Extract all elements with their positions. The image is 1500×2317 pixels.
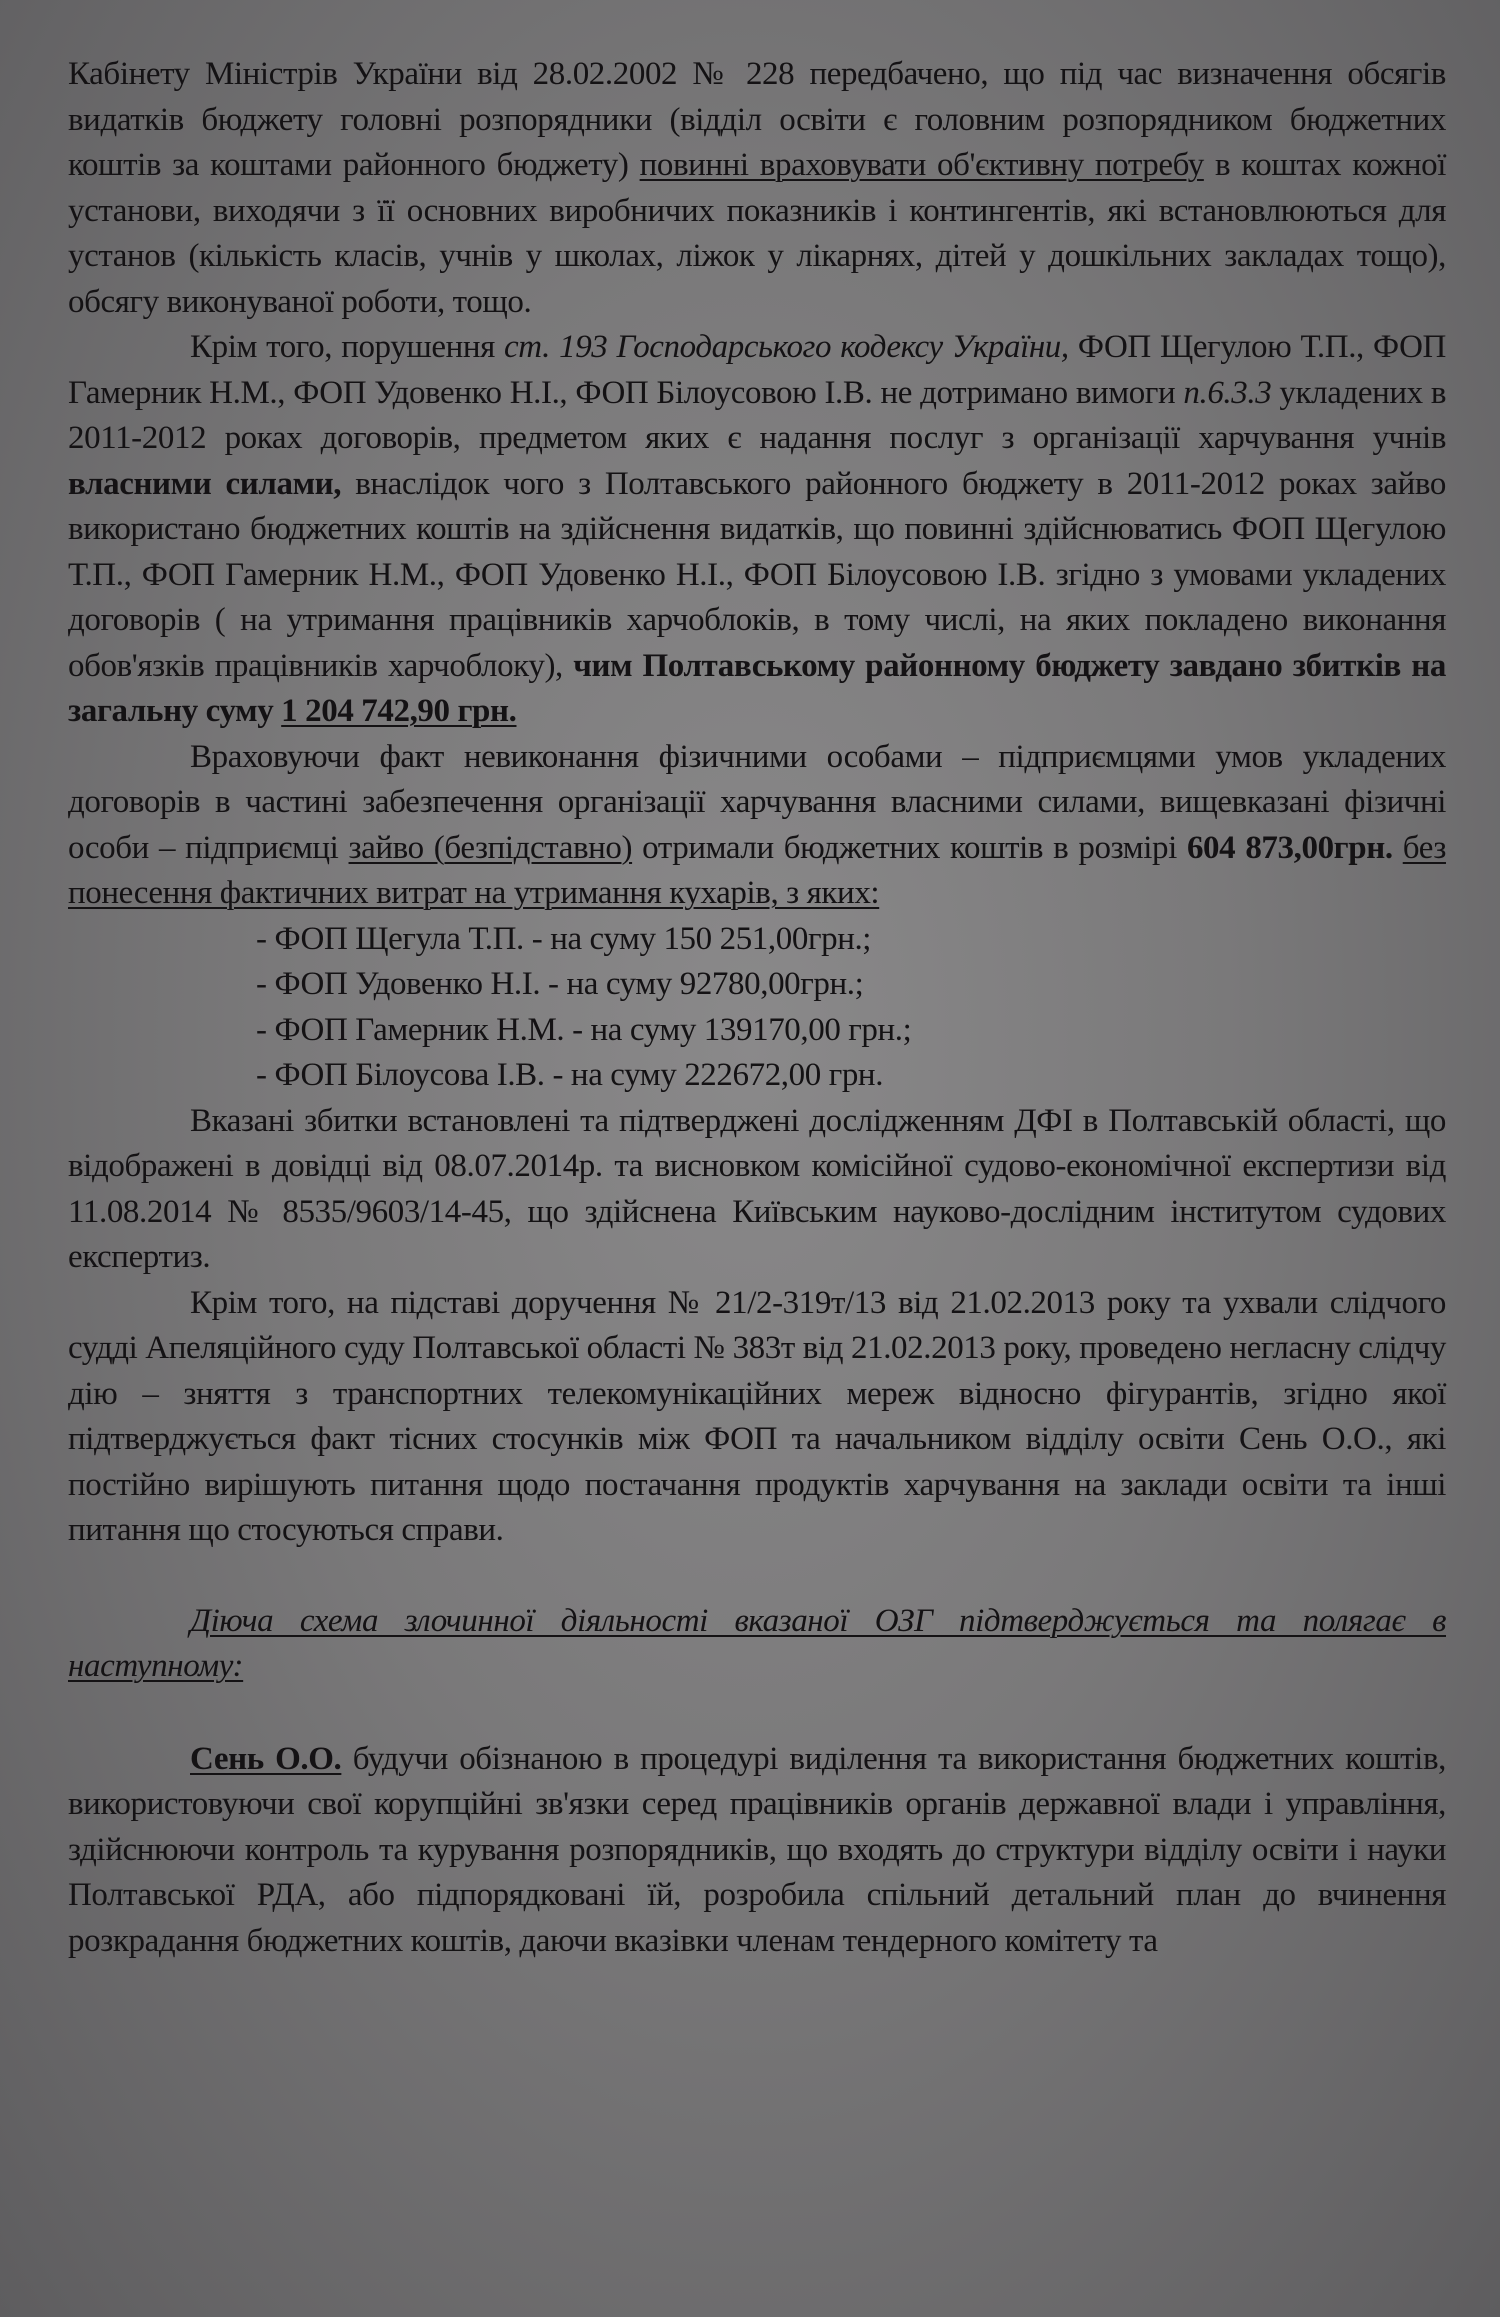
document-page: Кабінету Міністрів України від 28.02.200…: [0, 0, 1500, 2317]
text-run: [1393, 830, 1403, 866]
list-item: - ФОП Удовенко Н.І. - на суму 92780,00гр…: [68, 962, 1446, 1008]
spacer: [68, 1554, 1446, 1599]
overpayment-amount: 604 873,00грн.: [1187, 830, 1393, 866]
italic-clause: п.6.3.3: [1183, 375, 1271, 411]
paragraph-budget-regulation: Кабінету Міністрів України від 28.02.200…: [68, 52, 1446, 325]
amounts-list: - ФОП Щегула Т.П. - на суму 150 251,00гр…: [68, 917, 1446, 1099]
list-item: - ФОП Гамерник Н.М. - на суму 139170,00 …: [68, 1008, 1446, 1054]
italic-citation: ст. 193 Господарського кодексу України,: [504, 329, 1069, 365]
bold-phrase: власними силами,: [68, 466, 341, 502]
paragraph-expertise: Вказані збитки встановлені та підтвердже…: [68, 1099, 1446, 1281]
total-damage-amount: 1 204 742,90 грн.: [281, 693, 516, 729]
spacer: [68, 1690, 1446, 1737]
person-name: Сень О.О.: [190, 1741, 341, 1777]
document-body: Кабінету Міністрів України від 28.02.200…: [68, 52, 1446, 1964]
paragraph-violation: Крім того, порушення ст. 193 Господарськ…: [68, 325, 1446, 735]
underlined-phrase: повинні враховувати об'єктивну потребу: [640, 147, 1204, 183]
paragraph-scheme: Сень О.О. будучи обізнаною в процедурі в…: [68, 1737, 1446, 1965]
list-item: - ФОП Щегула Т.П. - на суму 150 251,00гр…: [68, 917, 1446, 963]
paragraph-overpayment: Враховуючи факт невиконання фізичними ос…: [68, 735, 1446, 917]
underlined-phrase: зайво (безпідставно): [349, 830, 633, 866]
paragraph-investigation: Крім того, на підставі доручення № 21/2-…: [68, 1281, 1446, 1554]
list-item: - ФОП Білоусова І.В. - на суму 222672,00…: [68, 1053, 1446, 1099]
text-run: Крім того, порушення: [190, 329, 504, 365]
text-run: отримали бюджетних коштів в розмірі: [632, 830, 1187, 866]
section-heading: Діюча схема злочинної діяльності вказано…: [68, 1599, 1446, 1690]
